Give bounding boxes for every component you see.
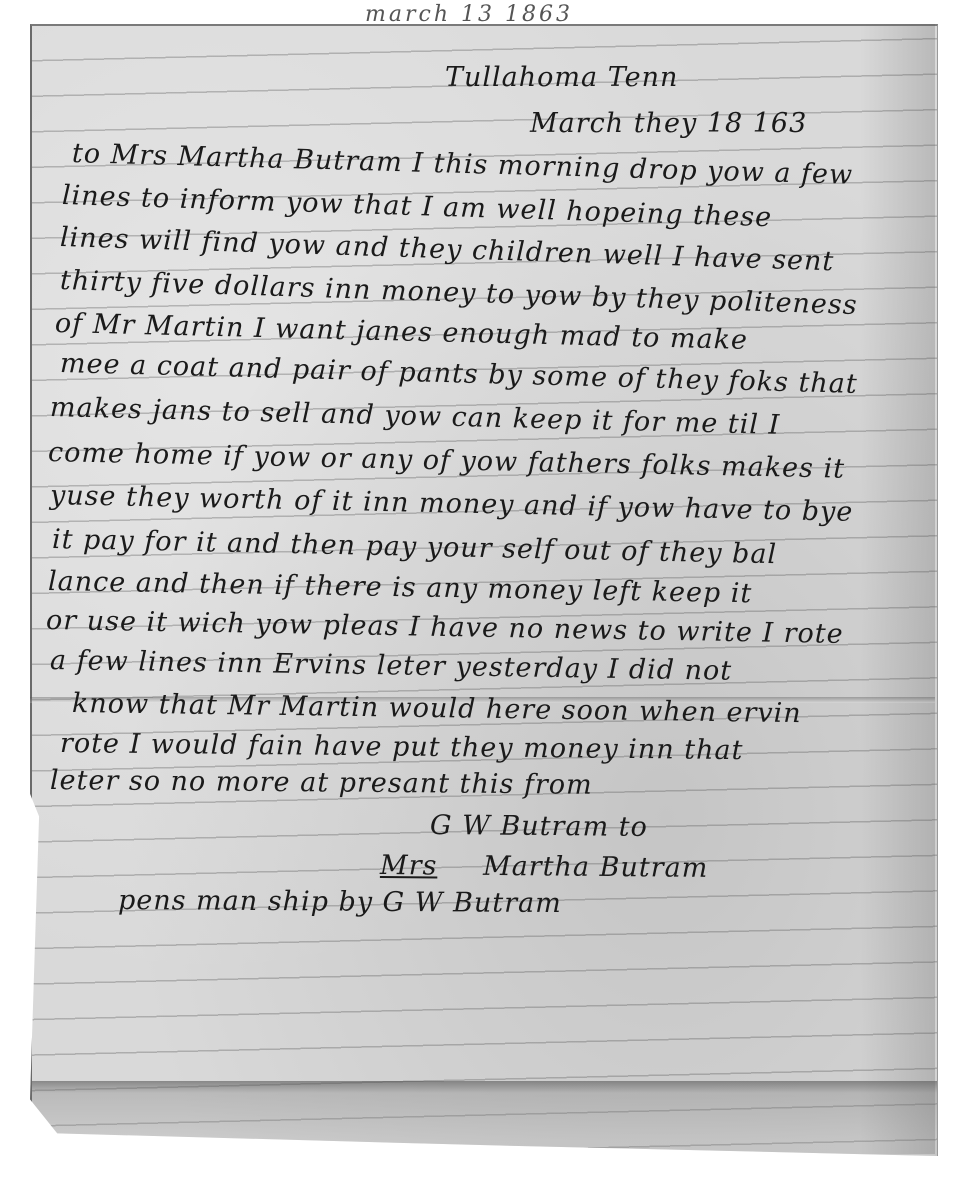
pencil-date-annotation: march 13 1863	[365, 2, 573, 27]
signature-from: G W Butram to	[430, 810, 648, 843]
letter-body-line: leter so no more at presant this from	[50, 765, 593, 801]
recipient-name: Martha Butram	[483, 851, 709, 884]
paper-edge-shadow	[860, 24, 935, 1154]
letter-heading-date: March they 18 163	[530, 108, 807, 139]
recipient-title: Mrs	[380, 850, 438, 881]
letter-heading-place: Tullahoma Tenn	[445, 62, 678, 93]
penmanship-line: pens man ship by G W Butram	[118, 885, 562, 919]
signature-recipient: Mrs Martha Butram	[380, 850, 709, 884]
